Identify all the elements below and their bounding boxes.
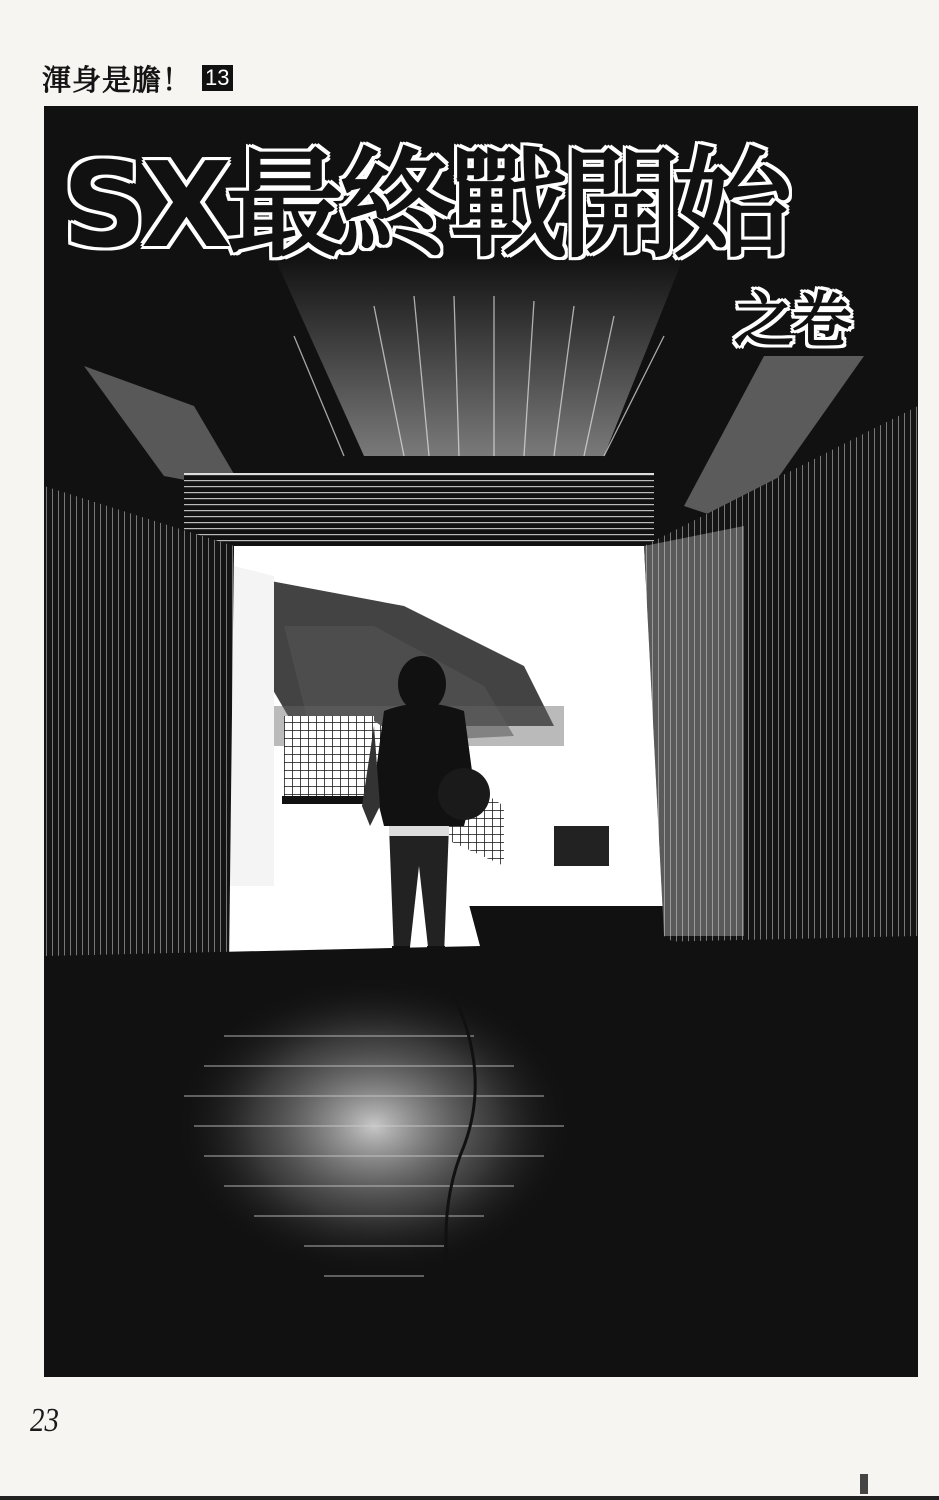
volume-badge: 13 [202, 65, 232, 91]
manga-panel: SX最終戰開始 之卷 [44, 106, 918, 1377]
page-number: 23 [30, 1402, 59, 1440]
series-title: 渾身是膽！ [42, 58, 192, 99]
ceiling-rays [274, 256, 684, 456]
running-head: 渾身是膽！ 13 [42, 58, 233, 98]
chapter-subtitle: 之卷 [734, 286, 850, 356]
page-edge [0, 1496, 939, 1500]
scan-mark [860, 1474, 868, 1494]
chapter-title: SX最終戰開始 [62, 140, 902, 270]
